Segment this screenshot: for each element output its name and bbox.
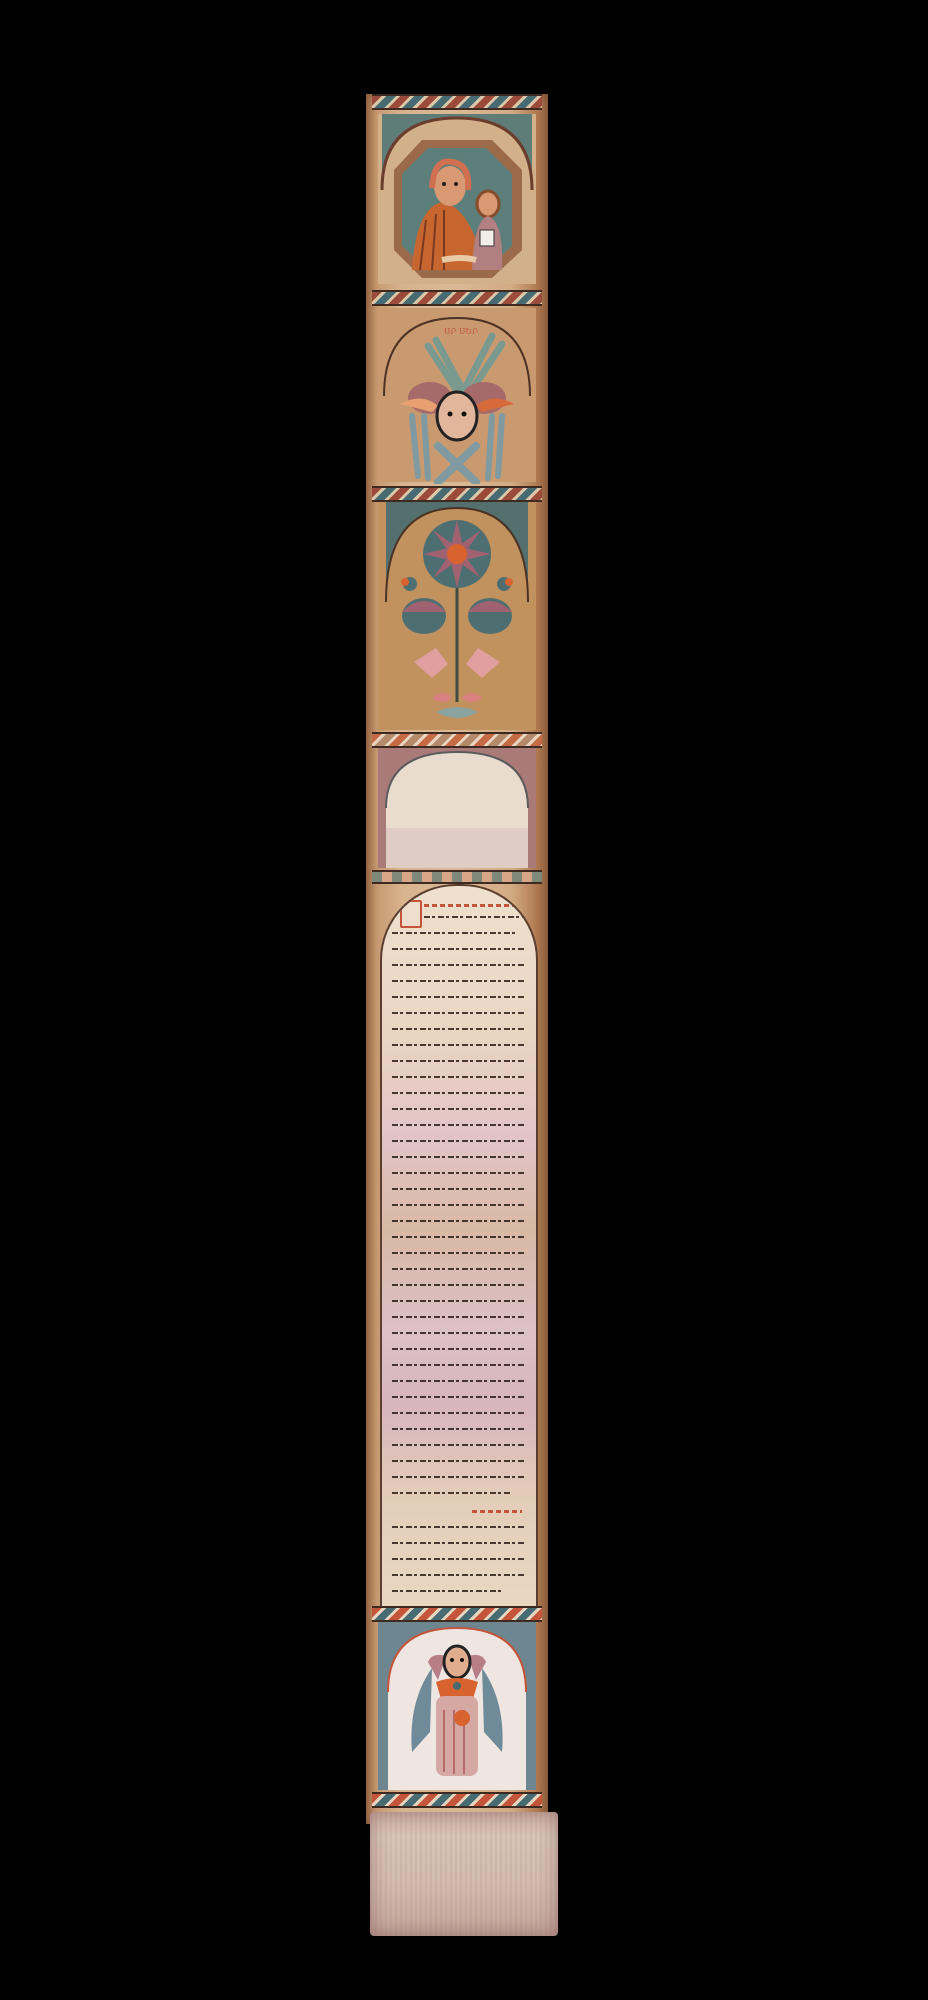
text-line: [392, 1412, 526, 1414]
text-line: [424, 916, 524, 918]
text-line: [392, 1156, 526, 1158]
text-line: [392, 932, 518, 934]
zigzag-band: [372, 870, 542, 884]
text-line: [392, 1060, 526, 1062]
text-line: [392, 1316, 526, 1318]
panel-flower-tree: [372, 502, 542, 730]
text-line: [392, 1460, 526, 1462]
svg-text:ՍՐ ՍԵՐ: ՍՐ ՍԵՐ: [444, 327, 479, 336]
text-line: [392, 1124, 526, 1126]
empty-arch-illustration: [372, 748, 542, 868]
text-line: [392, 1558, 526, 1560]
text-line: [392, 964, 526, 966]
rubric-mid: [472, 1510, 522, 1513]
decorative-band: [372, 486, 542, 502]
flower-tree-illustration: [372, 502, 542, 730]
text-line: [392, 1172, 526, 1174]
text-line: [392, 1076, 526, 1078]
panel-text: [380, 884, 538, 1606]
text-line: [392, 1236, 526, 1238]
manuscript-scroll: ՍՐ ՍԵՐ: [366, 94, 556, 1936]
decorative-band: [372, 290, 542, 306]
panel-seraph: ՍՐ ՍԵՐ: [372, 306, 542, 484]
text-line: [392, 948, 524, 950]
rubric-top: [424, 904, 514, 907]
decorative-band: [372, 732, 542, 748]
text-line: [392, 1526, 526, 1528]
text-line: [392, 1492, 512, 1494]
text-line: [392, 1252, 526, 1254]
text-line: [392, 1444, 526, 1446]
text-line: [392, 1012, 526, 1014]
text-line: [392, 1204, 526, 1206]
text-line: [392, 1332, 526, 1334]
text-line: [392, 1476, 526, 1478]
rolled-end: [370, 1812, 558, 1936]
virgin-and-child-illustration: [372, 110, 542, 288]
text-line: [392, 1092, 526, 1094]
text-line: [392, 1428, 526, 1430]
text-line: [392, 1028, 526, 1030]
text-line: [392, 1220, 526, 1222]
angel-illustration: [372, 1622, 542, 1790]
decorative-band: [372, 1792, 542, 1808]
text-line: [392, 1380, 526, 1382]
panel-angel: [372, 1622, 542, 1790]
seraph-illustration: ՍՐ ՍԵՐ: [372, 306, 542, 484]
text-line: [392, 1542, 526, 1544]
text-line: [392, 1140, 526, 1142]
text-line: [392, 1348, 526, 1350]
text-line: [392, 1396, 526, 1398]
text-line: [392, 1364, 526, 1366]
text-line: [392, 1268, 526, 1270]
text-line: [392, 1590, 502, 1592]
text-line: [392, 980, 526, 982]
decorative-band: [372, 94, 542, 110]
text-line: [392, 1188, 526, 1190]
decorative-band: [372, 1606, 542, 1622]
text-line: [392, 1108, 526, 1110]
text-line: [392, 1300, 526, 1302]
text-line: [392, 1044, 526, 1046]
text-line: [392, 1574, 526, 1576]
panel-empty-arch: [372, 748, 542, 868]
text-line: [392, 1284, 526, 1286]
text-line: [392, 996, 526, 998]
panel-virgin-and-child: [372, 110, 542, 288]
red-initial: [400, 900, 422, 928]
